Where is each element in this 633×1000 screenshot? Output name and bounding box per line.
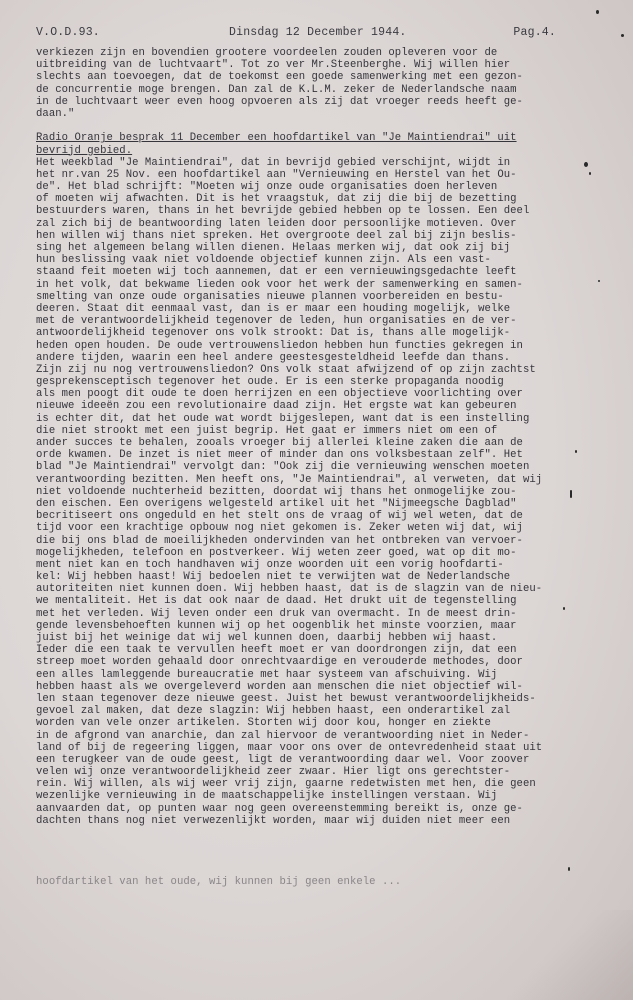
text-line bbox=[36, 864, 566, 876]
text-line: dachten thans nog niet verwezenlijkt wor… bbox=[36, 815, 566, 827]
document-date: Dinsdag 12 December 1944. bbox=[229, 26, 407, 39]
text-line: verantwoording bezitten. Men heeft ons, … bbox=[36, 474, 566, 486]
text-line: wezenlijke vernieuwing in de maatschappe… bbox=[36, 790, 566, 802]
intro-paragraph: verkiezen zijn en bovendien grootere voo… bbox=[36, 47, 566, 120]
text-line: Zijn zij nu nog vertrouwensliedon? Ons v… bbox=[36, 364, 566, 376]
paper-speck bbox=[568, 867, 570, 871]
document-body: verkiezen zijn en bovendien grootere voo… bbox=[36, 47, 566, 888]
paper-speck bbox=[621, 34, 624, 37]
text-line: gende levensbehoeften kunnen wij op het … bbox=[36, 620, 566, 632]
text-line: gevoel zal maken, dat deze slagzin: Wij … bbox=[36, 705, 566, 717]
text-line: als men poogt dit oude te doen herrijzen… bbox=[36, 388, 566, 400]
text-line: die bij ons blad de moeilijkheden onderv… bbox=[36, 535, 566, 547]
text-line: hun beslissing vaak niet voldoende objec… bbox=[36, 254, 566, 266]
faded-text-line: hoofdartikel van het oude, wij kunnen bi… bbox=[36, 876, 566, 888]
text-line bbox=[36, 839, 566, 851]
text-line: verkiezen zijn en bovendien grootere voo… bbox=[36, 47, 566, 59]
text-line: met de verantwoordelijkheid tegenover de… bbox=[36, 315, 566, 327]
paper-speck bbox=[563, 607, 565, 610]
text-line: smelting van onze oude organisaties nieu… bbox=[36, 291, 566, 303]
paper-speck bbox=[575, 450, 577, 453]
text-line: het nr.van 25 Nov. een hoofdartikel aan … bbox=[36, 169, 566, 181]
text-line: autoriteiten niet kunnen doen. Wij hebbe… bbox=[36, 583, 566, 595]
text-line: juist bij het weinige dat wij wel kunnen… bbox=[36, 632, 566, 644]
text-line: zal zich bij de beantwoording laten leid… bbox=[36, 218, 566, 230]
text-line: velen wij onze verantwoordelijkheid zeer… bbox=[36, 766, 566, 778]
text-line: len staan tegenover deze nieuwe geest. J… bbox=[36, 693, 566, 705]
text-line: streep moet worden gehaald door onrechtv… bbox=[36, 656, 566, 668]
document-reference: V.O.D.93. bbox=[36, 26, 100, 39]
document-page: V.O.D.93. Dinsdag 12 December 1944. Pag.… bbox=[0, 0, 633, 1000]
section-headline: Radio Oranje besprak 11 December een hoo… bbox=[36, 132, 566, 156]
headline-line: Radio Oranje besprak 11 December een hoo… bbox=[36, 132, 566, 144]
text-line: staand feit moeten wij toch aannemen, da… bbox=[36, 266, 566, 278]
paper-speck bbox=[589, 172, 591, 175]
text-line: aanvaarden dat, op punten waar nog geen … bbox=[36, 803, 566, 815]
text-line: hebben haast als we overgeleverd worden … bbox=[36, 681, 566, 693]
text-line: ander succes te behalen, zooals vroeger … bbox=[36, 437, 566, 449]
page-number: Pag.4. bbox=[513, 26, 556, 39]
text-line: de concurrentie moge brengen. Dan zal de… bbox=[36, 84, 566, 96]
paper-speck bbox=[570, 490, 572, 498]
paper-speck bbox=[598, 280, 600, 282]
text-line: Het weekblad "Je Maintiendrai", dat in b… bbox=[36, 157, 566, 169]
text-line: in de luchtvaart weer even hoog opvoeren… bbox=[36, 96, 566, 108]
text-line: worden van vele onzer artikelen. Storten… bbox=[36, 717, 566, 729]
text-line: daan." bbox=[36, 108, 566, 120]
text-line: kel: Wij hebben haast! Wij bedoelen niet… bbox=[36, 571, 566, 583]
text-line: die niet strookt met een juist begrip. H… bbox=[36, 425, 566, 437]
text-line: in het volk, dat bekwame lieden ook voor… bbox=[36, 279, 566, 291]
text-line: ment niet kan en toch handhaven wij onze… bbox=[36, 559, 566, 571]
text-line: orde kwamen. De inzet is niet meer of mi… bbox=[36, 449, 566, 461]
text-line: mogelijkheden, telefoon en postverkeer. … bbox=[36, 547, 566, 559]
text-line: deeren. Staat dit eenmaal vast, dan is e… bbox=[36, 303, 566, 315]
headline-line: bevrijd gebied. bbox=[36, 145, 566, 157]
text-line: we mentaliteit. Het is dat ook naar de d… bbox=[36, 595, 566, 607]
text-line: bestuurders waren, thans in het bevrijde… bbox=[36, 205, 566, 217]
text-line: land of bij de regeering liggen, maar vo… bbox=[36, 742, 566, 754]
text-line: in de afgrond van anarchie, dan zal hier… bbox=[36, 730, 566, 742]
text-line: den eischen. Een overigens welgesteld ar… bbox=[36, 498, 566, 510]
text-line: gesprekensceptisch tegenover het oude. E… bbox=[36, 376, 566, 388]
text-line: slechts aan toevoegen, dat de toekomst e… bbox=[36, 71, 566, 83]
text-line: een alles lamleggende bureaucratie met h… bbox=[36, 669, 566, 681]
text-line: met het verleden. Wij leven onder een dr… bbox=[36, 608, 566, 620]
text-line: rein. Wij willen, als wij weer vrij zijn… bbox=[36, 778, 566, 790]
text-line: Ieder die een taak te vervullen heeft mo… bbox=[36, 644, 566, 656]
text-line: de". Het blad schrijft: "Moeten wij onze… bbox=[36, 181, 566, 193]
text-line: of moeten wij afwachten. Dit is het vraa… bbox=[36, 193, 566, 205]
text-line: becritiseert ons ongeduld en het stelt o… bbox=[36, 510, 566, 522]
text-line: een terugkeer van de oude geest, ligt de… bbox=[36, 754, 566, 766]
page-header: V.O.D.93. Dinsdag 12 December 1944. Pag.… bbox=[36, 26, 556, 40]
text-line: hen willen wij thans niet spreken. Het o… bbox=[36, 230, 566, 242]
main-paragraph: Het weekblad "Je Maintiendrai", dat in b… bbox=[36, 157, 566, 888]
text-line: sing het algemeen belang willen dienen. … bbox=[36, 242, 566, 254]
text-line: blad "Je Maintiendrai" vervolgt dan: "Oo… bbox=[36, 461, 566, 473]
text-line: is echter dit, dat het oude wat wordt bi… bbox=[36, 413, 566, 425]
text-line bbox=[36, 827, 566, 839]
paragraph-gap bbox=[36, 120, 566, 132]
text-line: heden open houden. De oude vertrouwensli… bbox=[36, 340, 566, 352]
text-line: niet voldoende nuchterheid bezitten, doo… bbox=[36, 486, 566, 498]
text-line: nieuwe ideeën zou een revolutionaire daa… bbox=[36, 400, 566, 412]
paper-speck bbox=[584, 162, 588, 167]
text-line bbox=[36, 851, 566, 863]
paper-speck bbox=[596, 10, 599, 14]
text-line: uitbreiding van de luchtvaart". Tot zo v… bbox=[36, 59, 566, 71]
text-line: andere tijden, waarin een heel andere ge… bbox=[36, 352, 566, 364]
text-line: tijd voor een krachtige opbouw nog niet … bbox=[36, 522, 566, 534]
text-line: antwoordelijkheid tegenover ons volk str… bbox=[36, 327, 566, 339]
